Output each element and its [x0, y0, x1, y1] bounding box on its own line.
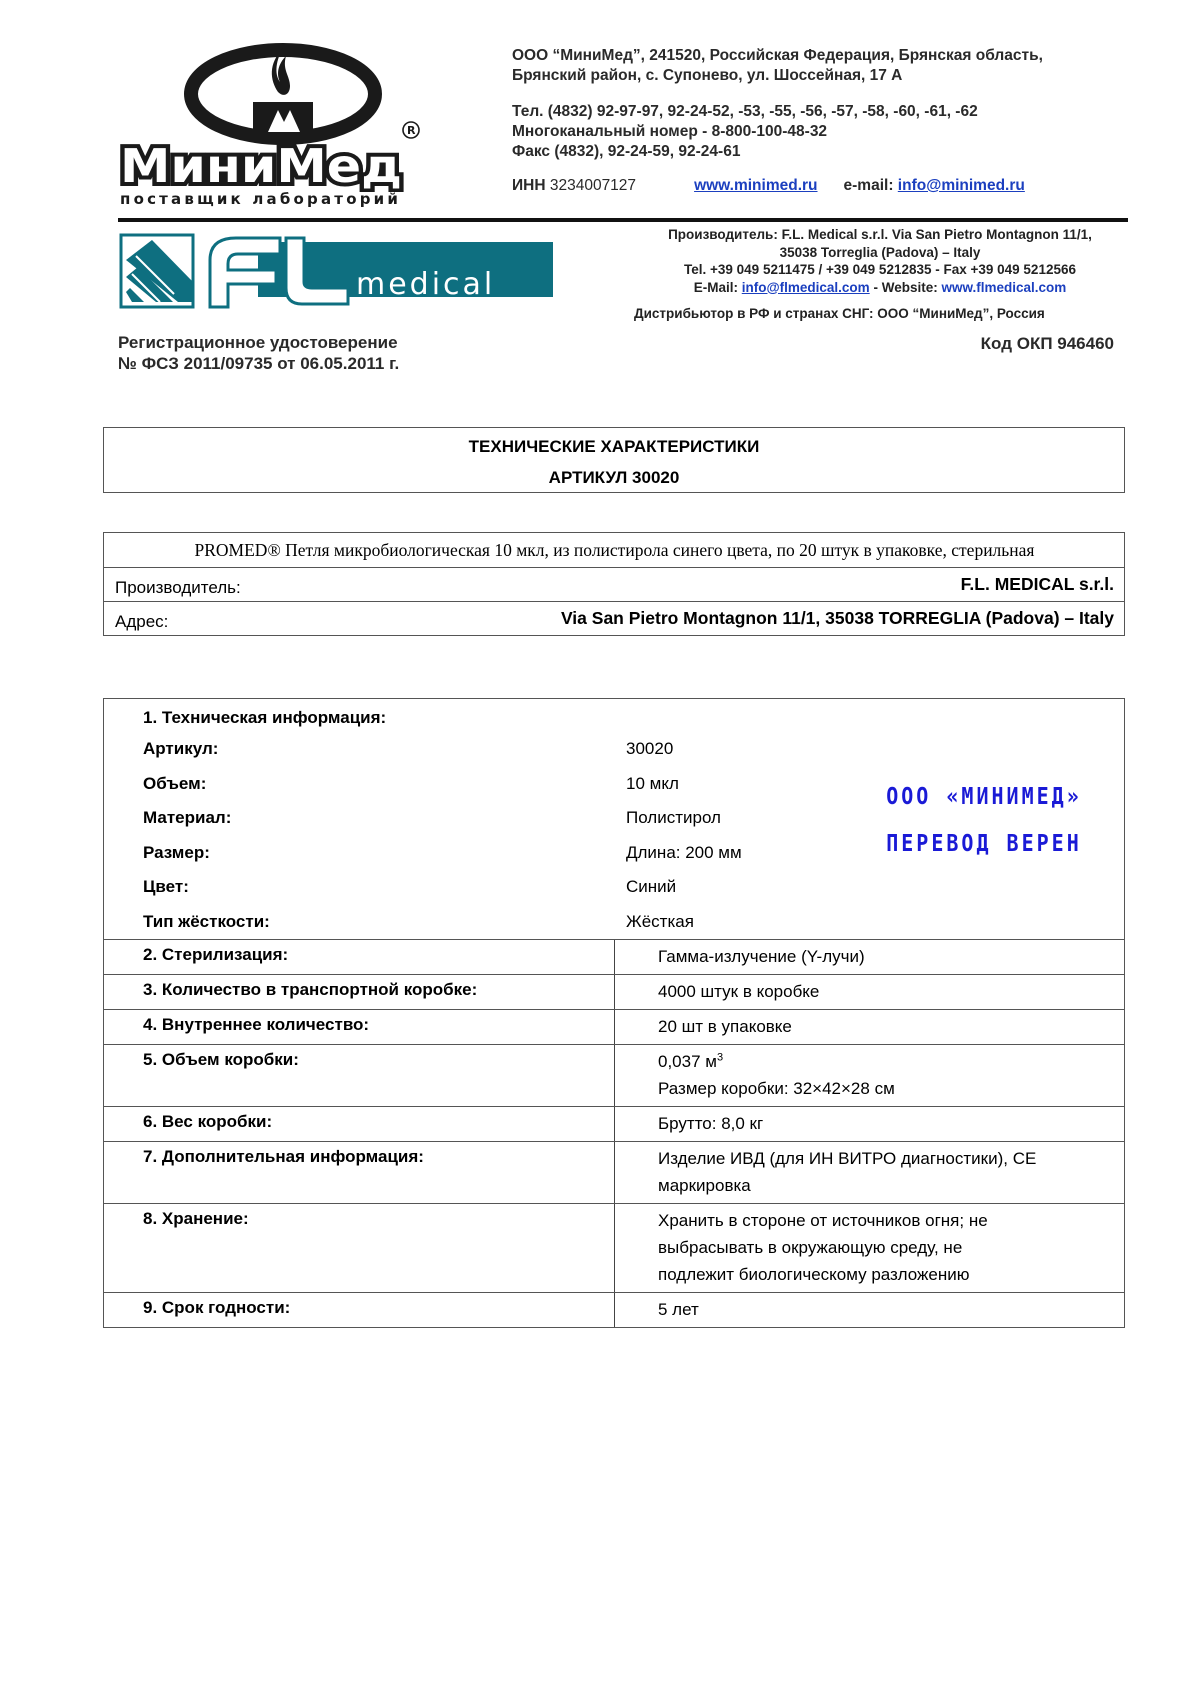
spec-value-line: Размер коробки: 32×42×28 см [658, 1075, 1116, 1102]
spec-value-line: 0,037 м3 [658, 1048, 1116, 1075]
address-label: Адрес: [115, 606, 168, 632]
spec-value-line: Хранить в стороне от источников огня; не [658, 1207, 1116, 1234]
spec-row: 5. Объем коробки:0,037 м3Размер коробки:… [104, 1044, 1124, 1106]
spec-label: Размер: [143, 843, 210, 863]
spec-value: Полистирол [626, 808, 721, 828]
fl-medical-square-icon [121, 235, 193, 307]
minimed-contact-block: ООО “МиниМед”, 241520, Российская Федера… [512, 46, 1112, 196]
spec-value: Брутто: 8,0 кг [615, 1107, 1124, 1141]
fl-medical-logo: medical [118, 232, 558, 310]
registration-line-2: № ФСЗ 2011/09735 от 06.05.2011 г. [118, 353, 399, 374]
specification-table: 1. Техническая информация: ООО «МИНИМЕД»… [103, 698, 1125, 1328]
inn-label: ИНН [512, 176, 546, 196]
fl-email-label: E-Mail: [694, 280, 738, 295]
minimed-email-link[interactable]: info@minimed.ru [898, 176, 1025, 196]
manufacturer-value: F.L. MEDICAL s.r.l. [961, 574, 1114, 595]
minimed-tagline: поставщик лабораторий [120, 190, 450, 208]
manufacturer-phones: Tel. +39 049 5211475 / +39 049 5212835 -… [630, 261, 1130, 279]
spec-row: 6. Вес коробки:Брутто: 8,0 кг [104, 1106, 1124, 1141]
spec-value-line: выбрасывать в окружающую среду, не [658, 1234, 1116, 1261]
multichannel-number: Многоканальный номер - 8-800-100-48-32 [512, 122, 1112, 142]
fl-website-link[interactable]: www.flmedical.com [941, 280, 1066, 295]
manufacturer-line-2: 35038 Torreglia (Padova) – Italy [630, 244, 1130, 262]
spec-value: 4000 штук в коробке [615, 975, 1124, 1009]
spec-value: Изделие ИВД (для ИН ВИТРО диагностики), … [615, 1142, 1124, 1203]
product-address-row: Адрес: Via San Pietro Montagnon 11/1, 35… [104, 601, 1124, 635]
technical-info-row: Объем:10 мкл [143, 774, 1043, 808]
spec-label: 9. Срок годности: [104, 1293, 615, 1327]
manufacturer-label: Производитель: [115, 572, 241, 598]
company-address-line-2: Брянский район, с. Супонево, ул. Шоссейн… [512, 66, 1112, 86]
spec-value: Длина: 200 мм [626, 843, 742, 863]
fl-website-label: - Website: [873, 280, 937, 295]
spec-label: 4. Внутреннее количество: [104, 1010, 615, 1044]
svg-text:medical: medical [356, 267, 495, 302]
technical-info-row: Размер:Длина: 200 мм [143, 843, 1043, 877]
product-description: PROMED® Петля микробиологическая 10 мкл,… [195, 540, 1035, 561]
spec-label: Артикул: [143, 739, 218, 759]
product-description-row: PROMED® Петля микробиологическая 10 мкл,… [104, 533, 1124, 567]
spec-label: Материал: [143, 808, 231, 828]
company-address-line-1: ООО “МиниМед”, 241520, Российская Федера… [512, 46, 1112, 66]
technical-info-row: Материал:Полистирол [143, 808, 1043, 842]
minimed-website-link[interactable]: www.minimed.ru [694, 176, 817, 196]
spec-value-line: маркировка [658, 1172, 1116, 1199]
address-value: Via San Pietro Montagnon 11/1, 35038 TOR… [561, 608, 1114, 629]
spec-value: 10 мкл [626, 774, 679, 794]
spec-label: Цвет: [143, 877, 189, 897]
spec-row: 3. Количество в транспортной коробке:400… [104, 974, 1124, 1009]
article-number-title: АРТИКУЛ 30020 [104, 468, 1124, 488]
technical-info-row: Тип жёсткости:Жёсткая [143, 912, 1043, 946]
manufacturer-line-1: Производитель: F.L. Medical s.r.l. Via S… [630, 226, 1130, 244]
technical-info-row: Цвет:Синий [143, 877, 1043, 911]
fl-email-link[interactable]: info@flmedical.com [742, 280, 870, 295]
spec-value: Синий [626, 877, 676, 897]
header-divider [118, 218, 1128, 222]
spec-value-line: 5 лет [658, 1296, 1116, 1323]
phone-numbers: Тел. (4832) 92-97-97, 92-24-52, -53, -55… [512, 102, 1112, 122]
okp-code: Код ОКП 946460 [981, 334, 1114, 354]
product-table: PROMED® Петля микробиологическая 10 мкл,… [103, 532, 1125, 636]
fax-numbers: Факс (4832), 92-24-59, 92-24-61 [512, 142, 1112, 162]
technical-info-row: Артикул:30020 [143, 739, 1043, 773]
document-title-box: ТЕХНИЧЕСКИЕ ХАРАКТЕРИСТИКИ АРТИКУЛ 30020 [103, 427, 1125, 493]
spec-value: 20 шт в упаковке [615, 1010, 1124, 1044]
spec-value: Жёсткая [626, 912, 694, 932]
svg-text:МиниМед: МиниМед [120, 139, 402, 192]
candle-flame-oval-icon: МиниМед МиниМед R [118, 42, 448, 192]
spec-value: 0,037 м3Размер коробки: 32×42×28 см [615, 1045, 1124, 1106]
spec-label: 8. Хранение: [104, 1204, 615, 1292]
minimed-logo: МиниМед МиниМед R поставщик лабораторий [118, 42, 448, 212]
product-manufacturer-row: Производитель: F.L. MEDICAL s.r.l. [104, 567, 1124, 601]
email-label: e-mail: [844, 176, 894, 196]
spec-value-line: Изделие ИВД (для ИН ВИТРО диагностики), … [658, 1145, 1116, 1172]
spec-value-line: Брутто: 8,0 кг [658, 1110, 1116, 1137]
spec-label: 7. Дополнительная информация: [104, 1142, 615, 1203]
document-title: ТЕХНИЧЕСКИЕ ХАРАКТЕРИСТИКИ [104, 437, 1124, 457]
spec-value: 30020 [626, 739, 673, 759]
technical-info-section: 1. Техническая информация: ООО «МИНИМЕД»… [104, 699, 1124, 939]
spec-row: 9. Срок годности:5 лет [104, 1292, 1124, 1327]
distributor-info: Дистрибьютор в РФ и странах СНГ: ООО “Ми… [634, 306, 1045, 321]
svg-text:R: R [407, 124, 416, 137]
spec-value-line: Гамма-излучение (Y-лучи) [658, 943, 1116, 970]
spec-label: Объем: [143, 774, 206, 794]
spec-row: 4. Внутреннее количество:20 шт в упаковк… [104, 1009, 1124, 1044]
spec-value: Хранить в стороне от источников огня; не… [615, 1204, 1124, 1292]
spec-label: 6. Вес коробки: [104, 1107, 615, 1141]
spec-value-line: 4000 штук в коробке [658, 978, 1116, 1005]
technical-info-title: 1. Техническая информация: [143, 708, 386, 728]
spec-value: 5 лет [615, 1293, 1124, 1327]
inn-value: 3234007127 [550, 176, 636, 196]
spec-row: 7. Дополнительная информация:Изделие ИВД… [104, 1141, 1124, 1203]
spec-row: 8. Хранение:Хранить в стороне от источни… [104, 1203, 1124, 1292]
spec-value-line: 20 шт в упаковке [658, 1013, 1116, 1040]
manufacturer-info: Производитель: F.L. Medical s.r.l. Via S… [630, 226, 1130, 296]
registration-line-1: Регистрационное удостоверение [118, 332, 399, 353]
registration-certificate: Регистрационное удостоверение № ФСЗ 2011… [118, 332, 399, 374]
spec-label: 5. Объем коробки: [104, 1045, 615, 1106]
spec-value-line: подлежит биологическому разложению [658, 1261, 1116, 1288]
spec-label: Тип жёсткости: [143, 912, 270, 932]
spec-label: 3. Количество в транспортной коробке: [104, 975, 615, 1009]
